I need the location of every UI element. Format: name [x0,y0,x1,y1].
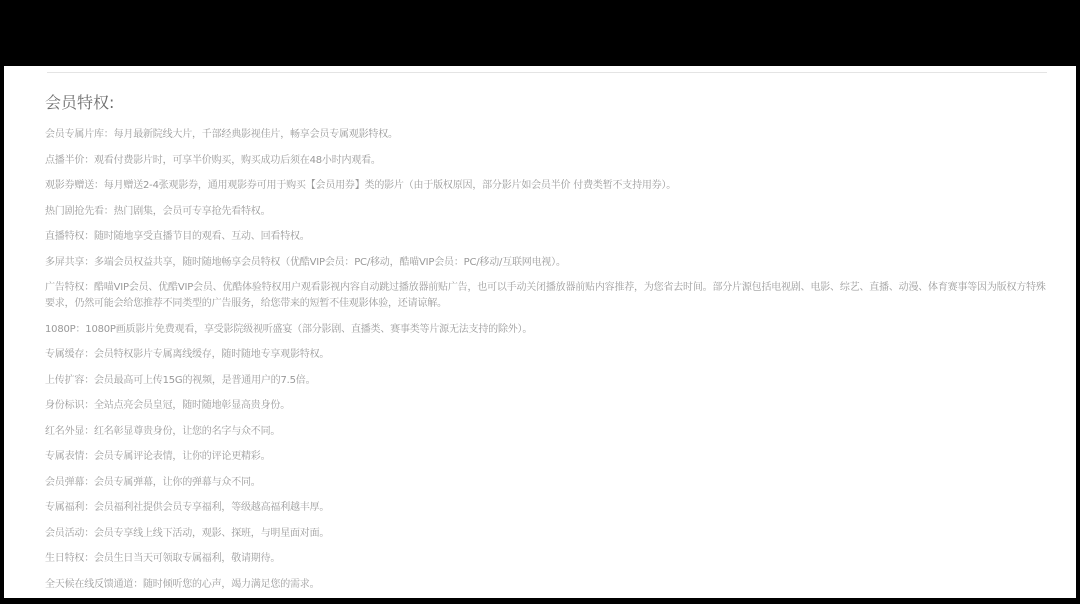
section-title: 会员特权: [45,93,1048,113]
page-background: 会员特权: 会员专属片库：每月最新院线大片，千部经典影视佳片，畅享会员专属观影特… [0,0,1080,604]
privilege-item-member-events: 会员活动：会员专享线上线下活动，观影、探班，与明星面对面。 [45,526,1048,542]
privilege-item-ticket-gift: 观影券赠送：每月赠送2-4张观影券，通用观影券可用于购买【会员用券】类的影片（由… [45,178,1048,194]
header-divider [47,72,1047,73]
privilege-item-feedback-channel: 全天候在线反馈通道：随时倾听您的心声，竭力满足您的需求。 [45,577,1048,593]
privilege-item-early-access: 热门剧抢先看：热门剧集，会员可专享抢先看特权。 [45,204,1048,220]
privilege-item-upload-capacity: 上传扩容：会员最高可上传15G的视频，是普通用户的7.5倍。 [45,373,1048,389]
privilege-item-member-danmaku: 会员弹幕：会员专属弹幕，让你的弹幕与众不同。 [45,475,1048,491]
privilege-item-1080p: 1080P：1080P画质影片免费观看，享受影院级视听盛宴（部分影剧、直播类、赛… [45,322,1048,338]
privilege-item-exclusive-welfare: 专属福利：会员福利社提供会员专享福利，等级越高福利越丰厚。 [45,500,1048,516]
privilege-item-ad-skip: 广告特权：酷喵VIP会员、优酷VIP会员、优酷体验特权用户观看影视内容自动跳过播… [45,280,1048,312]
privilege-item-live-stream: 直播特权：随时随地享受直播节目的观看、互动、回看特权。 [45,229,1048,245]
content-panel: 会员特权: 会员专属片库：每月最新院线大片，千部经典影视佳片，畅享会员专属观影特… [4,66,1076,598]
privilege-item-half-price: 点播半价：观看付费影片时，可享半价购买，购买成功后须在48小时内观看。 [45,153,1048,169]
privilege-item-exclusive-emoji: 专属表情：会员专属评论表情，让你的评论更精彩。 [45,449,1048,465]
privileges-section: 会员特权: 会员专属片库：每月最新院线大片，千部经典影视佳片，畅享会员专属观影特… [4,66,1076,593]
privilege-item-red-name: 红名外显：红名彰显尊贵身份，让您的名字与众不同。 [45,424,1048,440]
privilege-item-multi-screen: 多屏共享：多端会员权益共享，随时随地畅享会员特权（优酷VIP会员：PC/移动，酷… [45,255,1048,271]
privilege-item-birthday: 生日特权：会员生日当天可领取专属福利，敬请期待。 [45,551,1048,567]
privilege-item-offline-cache: 专属缓存：会员特权影片专属离线缓存，随时随地专享观影特权。 [45,347,1048,363]
privilege-item-identity-badge: 身份标识：全站点亮会员皇冠，随时随地彰显高贵身份。 [45,398,1048,414]
privilege-item-exclusive-library: 会员专属片库：每月最新院线大片，千部经典影视佳片，畅享会员专属观影特权。 [45,127,1048,143]
